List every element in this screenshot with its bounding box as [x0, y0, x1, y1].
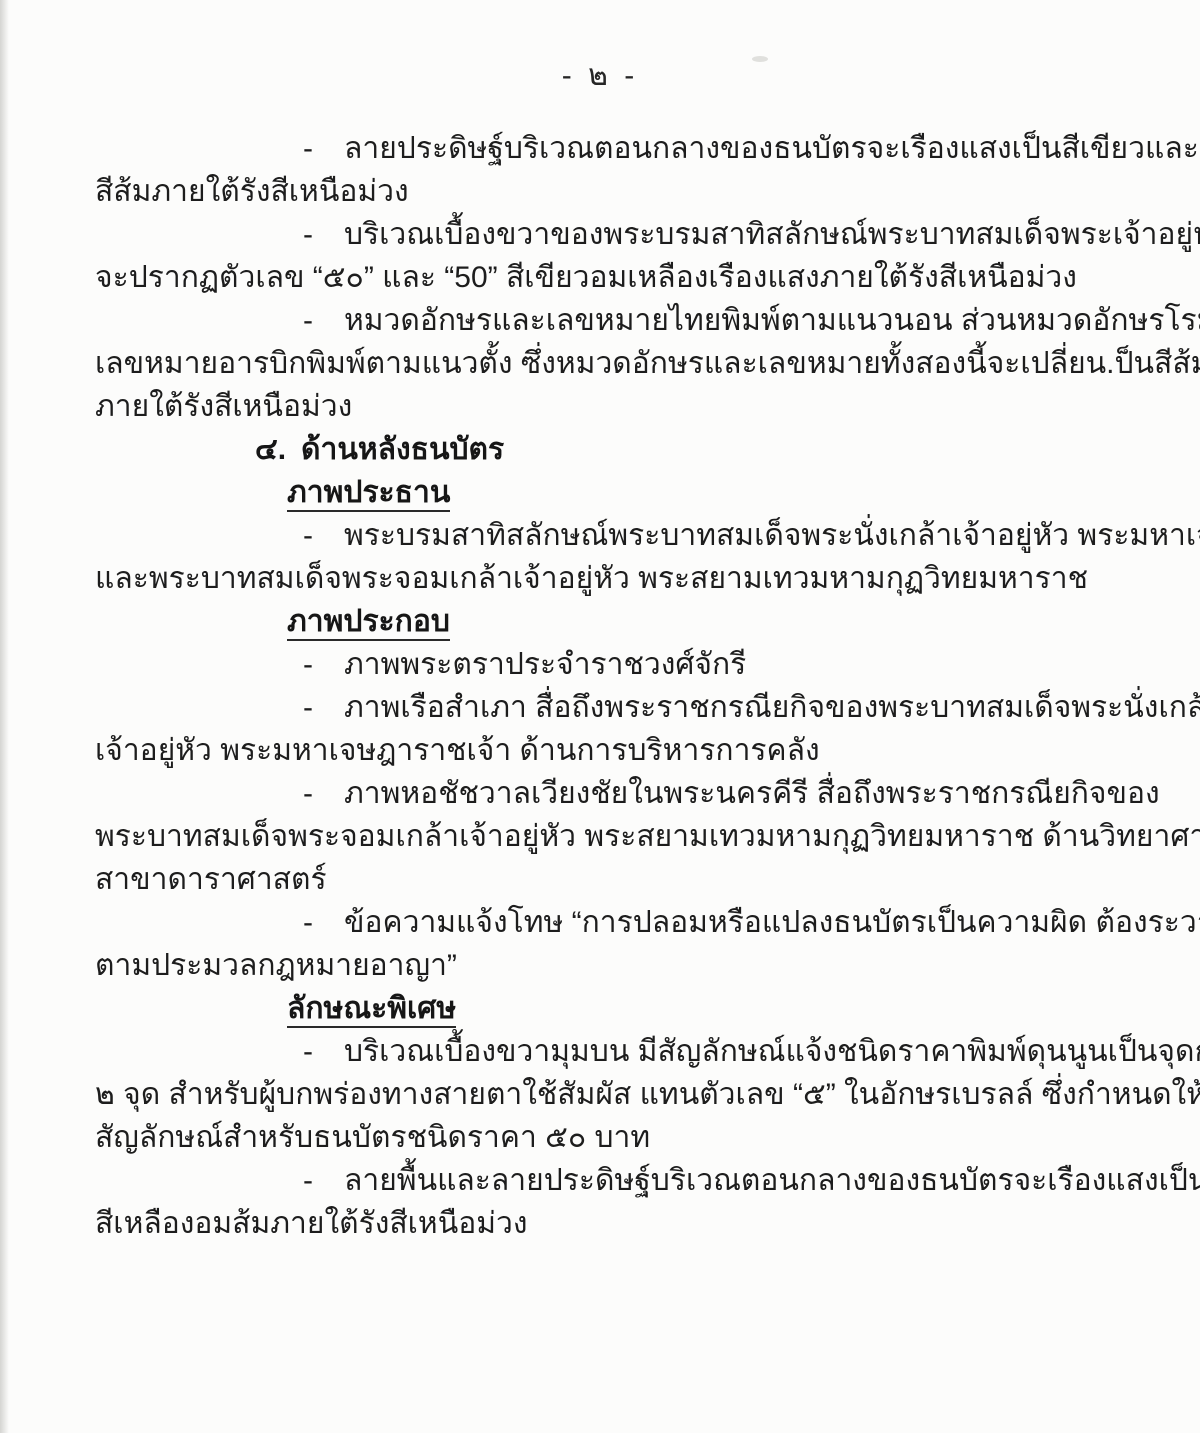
- bullet-line: -หมวดอักษรและเลขหมายไทยพิมพ์ตามแนวนอน ส่…: [95, 299, 1113, 342]
- bullet-text: บริเวณเบื้องขวามุมบน มีสัญลักษณ์แจ้งชนิด…: [344, 1035, 1200, 1068]
- continuation-line: เจ้าอยู่หัว พระมหาเจษฎาราชเจ้า ด้านการบร…: [95, 729, 1113, 772]
- continuation-line: พระบาทสมเด็จพระจอมเกล้าเจ้าอยู่หัว พระสย…: [95, 815, 1113, 858]
- bullet-text: ภาพพระตราประจำราชวงศ์จักรี: [344, 648, 746, 681]
- section-heading: ๔.ด้านหลังธนบัตร: [95, 428, 1113, 471]
- continuation-line: สีเหลืองอมส้มภายใต้รังสีเหนือม่วง: [95, 1202, 1113, 1245]
- bullet-dash: -: [300, 514, 344, 557]
- bullet-dash: -: [300, 213, 344, 256]
- bullet-line: -ลายพื้นและลายประดิษฐ์บริเวณตอนกลางของธน…: [95, 1159, 1113, 1202]
- bullet-dash: -: [300, 1159, 344, 1202]
- bullet-text: พระบรมสาทิสลักษณ์พระบาทสมเด็จพระนั่งเกล้…: [344, 519, 1200, 552]
- continuation-line: เลขหมายอารบิกพิมพ์ตามแนวตั้ง ซึ่งหมวดอัก…: [95, 342, 1113, 385]
- bullet-dash: -: [300, 772, 344, 815]
- document-page: - ๒ - -ลายประดิษฐ์บริเวณตอนกลางของธนบัตร…: [0, 0, 1200, 1433]
- continuation-line: สีส้มภายใต้รังสีเหนือม่วง: [95, 170, 1113, 213]
- bullet-text: บริเวณเบื้องขวาของพระบรมสาทิสลักษณ์พระบา…: [344, 218, 1200, 251]
- continuation-line: ภายใต้รังสีเหนือม่วง: [95, 385, 1113, 428]
- continuation-line: สาขาดาราศาสตร์: [95, 858, 1113, 901]
- bullet-dash: -: [300, 1030, 344, 1073]
- continuation-line: จะปรากฏตัวเลข “๕๐” และ “50” สีเขียวอมเหล…: [95, 256, 1113, 299]
- continuation-line: และพระบาทสมเด็จพระจอมเกล้าเจ้าอยู่หัว พร…: [95, 557, 1113, 600]
- subsection-heading: ภาพประกอบ: [95, 600, 1113, 643]
- subsection-title: ภาพประธาน: [287, 476, 450, 512]
- subsection-title: ลักษณะพิเศษ: [287, 992, 456, 1028]
- bullet-line: -ภาพพระตราประจำราชวงศ์จักรี: [95, 643, 1113, 686]
- document-body: -ลายประดิษฐ์บริเวณตอนกลางของธนบัตรจะเรือ…: [95, 127, 1113, 1245]
- bullet-line: -ภาพหอชัชวาลเวียงชัยในพระนครคีรี สื่อถึง…: [95, 772, 1113, 815]
- bullet-line: -ข้อความแจ้งโทษ “การปลอมหรือแปลงธนบัตรเป…: [95, 901, 1113, 944]
- subsection-heading: ภาพประธาน: [95, 471, 1113, 514]
- bullet-dash: -: [300, 686, 344, 729]
- bullet-dash: -: [300, 643, 344, 686]
- bullet-text: หมวดอักษรและเลขหมายไทยพิมพ์ตามแนวนอน ส่ว…: [344, 304, 1200, 337]
- bullet-line: -ภาพเรือสำเภา สื่อถึงพระราชกรณียกิจของพร…: [95, 686, 1113, 729]
- bullet-text: ภาพเรือสำเภา สื่อถึงพระราชกรณียกิจของพระ…: [344, 691, 1200, 724]
- continuation-line: สัญลักษณ์สำหรับธนบัตรชนิดราคา ๕๐ บาท: [95, 1116, 1113, 1159]
- bullet-text: ลายพื้นและลายประดิษฐ์บริเวณตอนกลางของธนบ…: [344, 1164, 1200, 1197]
- continuation-line: ๒ จุด สำหรับผู้บกพร่องทางสายตาใช้สัมผัส …: [95, 1073, 1113, 1116]
- continuation-line: ตามประมวลกฎหมายอาญา”: [95, 944, 1113, 987]
- bullet-line: -พระบรมสาทิสลักษณ์พระบาทสมเด็จพระนั่งเกล…: [95, 514, 1113, 557]
- bullet-text: ลายประดิษฐ์บริเวณตอนกลางของธนบัตรจะเรือง…: [344, 132, 1199, 165]
- subsection-heading: ลักษณะพิเศษ: [95, 987, 1113, 1030]
- section-title: ด้านหลังธนบัตร: [301, 433, 504, 466]
- bullet-line: -บริเวณเบื้องขวามุมบน มีสัญลักษณ์แจ้งชนิ…: [95, 1030, 1113, 1073]
- page-number: - ๒ -: [0, 52, 1200, 99]
- bullet-dash: -: [300, 299, 344, 342]
- subsection-title: ภาพประกอบ: [287, 605, 450, 641]
- bullet-text: ภาพหอชัชวาลเวียงชัยในพระนครคีรี สื่อถึงพ…: [344, 777, 1160, 810]
- bullet-text: ข้อความแจ้งโทษ “การปลอมหรือแปลงธนบัตรเป็…: [344, 906, 1200, 939]
- scan-edge-artifact: [0, 0, 9, 1433]
- bullet-dash: -: [300, 127, 344, 170]
- bullet-dash: -: [300, 901, 344, 944]
- section-number: ๔.: [255, 428, 301, 471]
- bullet-line: -ลายประดิษฐ์บริเวณตอนกลางของธนบัตรจะเรือ…: [95, 127, 1113, 170]
- bullet-line: -บริเวณเบื้องขวาของพระบรมสาทิสลักษณ์พระบ…: [95, 213, 1113, 256]
